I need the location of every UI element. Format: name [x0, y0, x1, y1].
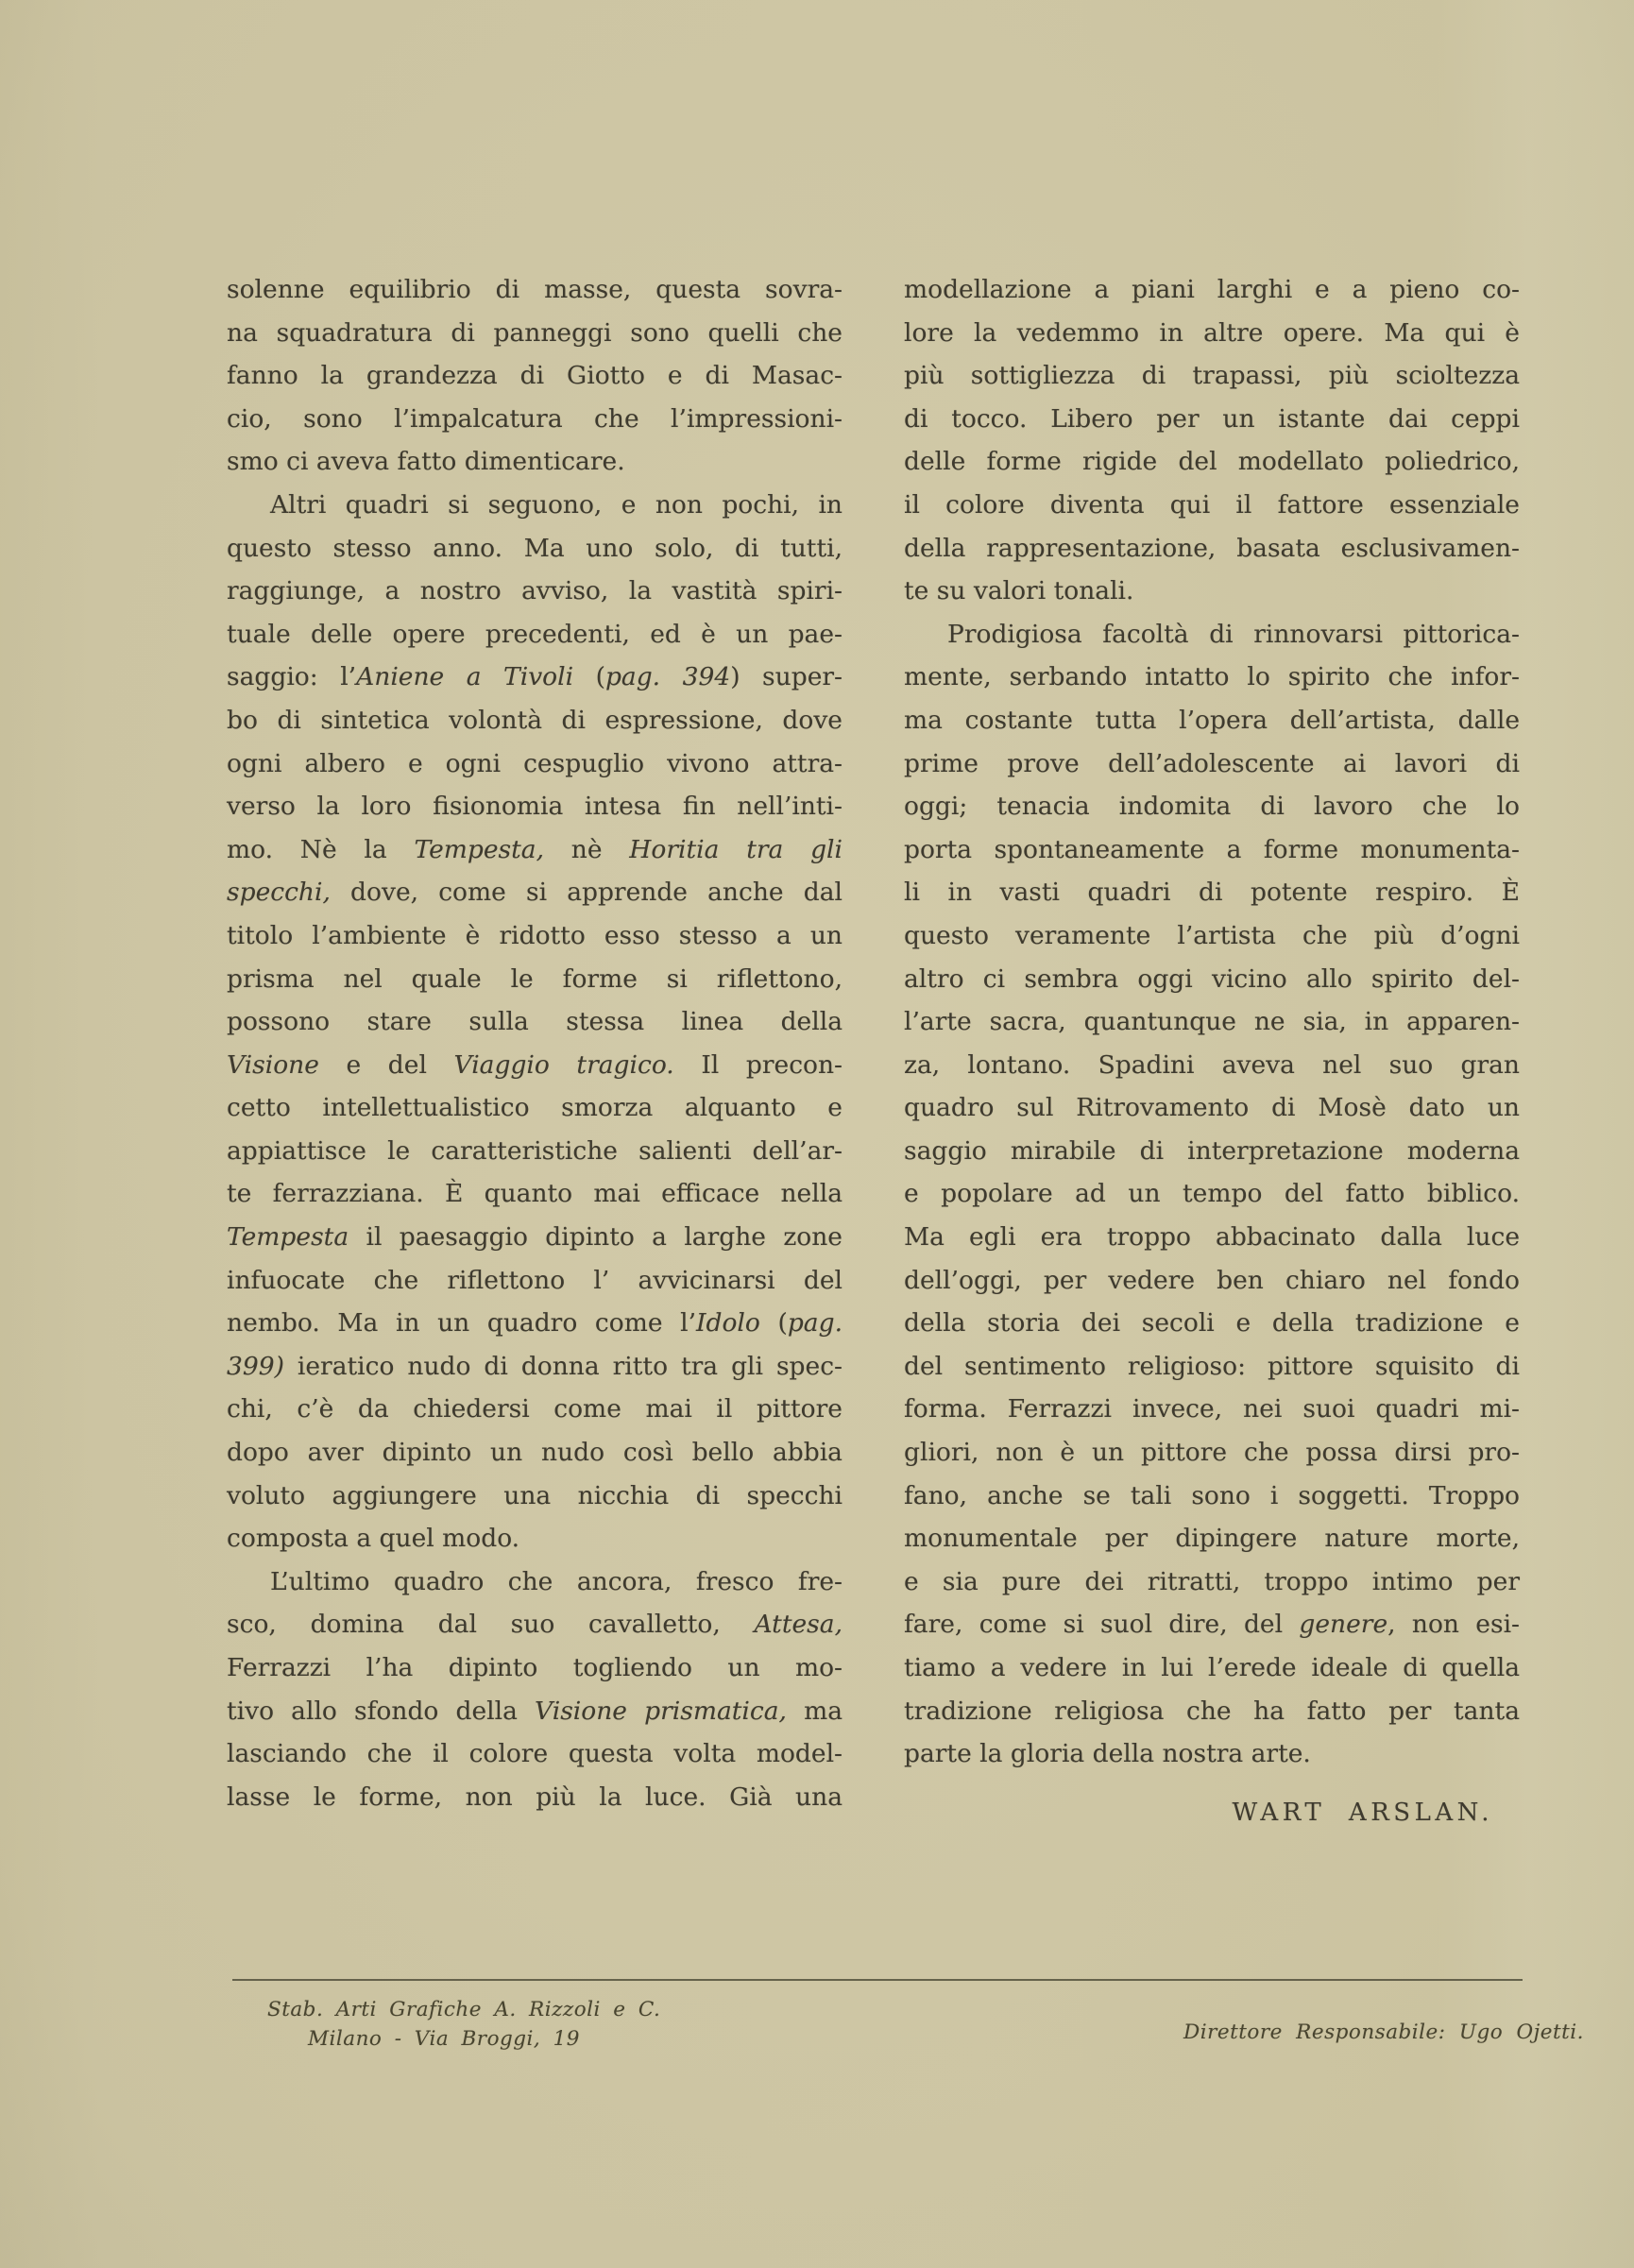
text-run: titolo l’ambiente è ridotto esso stesso …: [227, 921, 843, 950]
text-run: Ma egli era troppo abbacinato dalla luce: [904, 1222, 1520, 1252]
text-line: parte la gloria della nostra arte.: [904, 1732, 1520, 1776]
italic-text-run: specchi,: [227, 878, 331, 907]
text-line: na squadratura di panneggi sono quelli c…: [227, 312, 843, 355]
text-line: lasse le forme, non più la luce. Già una: [227, 1776, 843, 1819]
text-line: appiattisce le caratteristiche salienti …: [227, 1130, 843, 1173]
text-run: te ferrazziana. È quanto mai efficace ne…: [227, 1179, 843, 1208]
text-run: cio, sono l’impalcatura che l’impression…: [227, 404, 843, 434]
text-run: parte la gloria della nostra arte.: [904, 1739, 1311, 1768]
text-run: infuocate che riflettono l’ avvicinarsi …: [227, 1266, 843, 1295]
italic-text-run: Visione: [227, 1050, 319, 1080]
text-line: più sottigliezza di trapassi, più sciolt…: [904, 354, 1520, 398]
text-run: prime prove dell’adolescente ai lavori d…: [904, 749, 1520, 778]
text-line: porta spontaneamente a forme monumenta-: [904, 828, 1520, 872]
text-run: del sentimento religioso: pittore squisi…: [904, 1352, 1520, 1381]
text-line: gliori, non è un pittore che possa dirsi…: [904, 1431, 1520, 1475]
text-line: ma costante tutta l’opera dell’artista, …: [904, 699, 1520, 742]
text-line: possono stare sulla stessa linea della: [227, 1000, 843, 1044]
text-run: saggio: l’: [227, 662, 356, 691]
italic-text-run: pag.: [788, 1308, 843, 1338]
text-run: raggiunge, a nostro avviso, la vastità s…: [227, 576, 843, 605]
text-run: verso la loro fisionomia intesa fin nell…: [227, 792, 843, 821]
text-line: fanno la grandezza di Giotto e di Masac-: [227, 354, 843, 398]
text-line: li in vasti quadri di potente respiro. È: [904, 871, 1520, 914]
text-run: dopo aver dipinto un nudo così bello abb…: [227, 1438, 843, 1467]
text-run: tivo allo sfondo della: [227, 1697, 535, 1726]
text-run: monumentale per dipingere nature morte,: [904, 1524, 1520, 1553]
text-run: della rappresentazione, basata esclusiva…: [904, 534, 1520, 563]
text-run: mente, serbando intatto lo spirito che i…: [904, 662, 1520, 691]
text-line: il colore diventa qui il fattore essenzi…: [904, 484, 1520, 527]
text-line: e popolare ad un tempo del fatto biblico…: [904, 1172, 1520, 1216]
italic-text-run: genere: [1299, 1610, 1387, 1639]
text-line: saggio: l’Aniene a Tivoli (pag. 394) sup…: [227, 656, 843, 699]
italic-text-run: Horitia tra gli: [629, 835, 843, 864]
text-line: Altri quadri si seguono, e non pochi, in: [227, 484, 843, 527]
text-line: delle forme rigide del modellato poliedr…: [904, 440, 1520, 484]
text-line: monumentale per dipingere nature morte,: [904, 1517, 1520, 1560]
text-line: mente, serbando intatto lo spirito che i…: [904, 656, 1520, 699]
text-line: Visione e del Viaggio tragico. Il precon…: [227, 1044, 843, 1087]
text-run: prisma nel quale le forme si riflettono,: [227, 964, 843, 994]
text-line: lasciando che il colore questa volta mod…: [227, 1732, 843, 1776]
footer-rule: [232, 1979, 1523, 1981]
author-signature: WART ARSLAN.: [904, 1792, 1520, 1834]
text-run: za, lontano. Spadini aveva nel suo gran: [904, 1050, 1520, 1080]
text-line: bo di sintetica volontà di espressione, …: [227, 699, 843, 742]
text-line: nembo. Ma in un quadro come l’Idolo (pag…: [227, 1302, 843, 1345]
text-line: e sia pure dei ritratti, troppo intimo p…: [904, 1560, 1520, 1604]
text-line: te su valori tonali.: [904, 570, 1520, 613]
text-line: dell’oggi, per vedere ben chiaro nel fon…: [904, 1259, 1520, 1303]
text-run: e popolare ad un tempo del fatto biblico…: [904, 1179, 1520, 1208]
text-line: tiamo a vedere in lui l’erede ideale di …: [904, 1646, 1520, 1690]
text-run: porta spontaneamente a forme monumenta-: [904, 835, 1520, 864]
text-run: fanno la grandezza di Giotto e di Masac-: [227, 361, 843, 390]
text-line: altro ci sembra oggi vicino allo spirito…: [904, 958, 1520, 1001]
text-line: tradizione religiosa che ha fatto per ta…: [904, 1690, 1520, 1733]
text-run: saggio mirabile di interpretazione moder…: [904, 1136, 1520, 1166]
text-run: composta a quel modo.: [227, 1524, 519, 1553]
text-run: il colore diventa qui il fattore essenzi…: [904, 490, 1520, 520]
text-line: te ferrazziana. È quanto mai efficace ne…: [227, 1172, 843, 1216]
text-run: e sia pure dei ritratti, troppo intimo p…: [904, 1567, 1520, 1596]
text-run: ogni albero e ogni cespuglio vivono attr…: [227, 749, 843, 778]
article-column-left: solenne equilibrio di masse, questa sovr…: [227, 268, 843, 1818]
text-run: modellazione a piani larghi e a pieno co…: [904, 275, 1520, 304]
printer-name: Stab. Arti Grafiche A. Rizzoli e C.: [267, 1995, 660, 2024]
text-line: za, lontano. Spadini aveva nel suo gran: [904, 1044, 1520, 1087]
footer-printer-credit: Stab. Arti Grafiche A. Rizzoli e C. Mila…: [267, 1995, 660, 2054]
italic-text-run: Idolo: [696, 1308, 760, 1338]
text-run: tiamo a vedere in lui l’erede ideale di …: [904, 1653, 1520, 1682]
text-run: fare, come si suol dire, del: [904, 1610, 1299, 1639]
text-run: questo veramente l’artista che più d’ogn…: [904, 921, 1520, 950]
text-line: solenne equilibrio di masse, questa sovr…: [227, 268, 843, 312]
text-run: altro ci sembra oggi vicino allo spirito…: [904, 964, 1520, 994]
text-line: sco, domina dal suo cavalletto, Attesa,: [227, 1603, 843, 1646]
text-run: Ferrazzi l’ha dipinto togliendo un mo-: [227, 1653, 843, 1682]
text-run: (: [760, 1308, 788, 1338]
text-run: l’arte sacra, quantunque ne sia, in appa…: [904, 1007, 1520, 1036]
text-line: cetto intellettualistico smorza alquanto…: [227, 1086, 843, 1130]
text-line: smo ci aveva fatto dimenticare.: [227, 440, 843, 484]
text-run: mo. Nè la: [227, 835, 414, 864]
text-run: lasciando che il colore questa volta mod…: [227, 1739, 843, 1768]
text-line: della rappresentazione, basata esclusiva…: [904, 527, 1520, 571]
text-run: tradizione religiosa che ha fatto per ta…: [904, 1697, 1520, 1726]
text-run: della storia dei secoli e della tradizio…: [904, 1308, 1520, 1338]
text-line: Ferrazzi l’ha dipinto togliendo un mo-: [227, 1646, 843, 1690]
text-line: tivo allo sfondo della Visione prismatic…: [227, 1690, 843, 1733]
text-line: Tempesta il paesaggio dipinto a larghe z…: [227, 1216, 843, 1259]
text-line: composta a quel modo.: [227, 1517, 843, 1560]
text-run: di tocco. Libero per un istante dai cepp…: [904, 404, 1520, 434]
text-line: mo. Nè la Tempesta, nè Horitia tra gli: [227, 828, 843, 872]
text-run: questo stesso anno. Ma uno solo, di tutt…: [227, 534, 843, 563]
text-line: Prodigiosa facoltà di rinnovarsi pittori…: [904, 613, 1520, 657]
italic-text-run: pag. 394: [605, 662, 730, 691]
text-run: te su valori tonali.: [904, 576, 1133, 605]
text-line: lore la vedemmo in altre opere. Ma qui è: [904, 312, 1520, 355]
text-line: saggio mirabile di interpretazione moder…: [904, 1130, 1520, 1173]
text-run: tuale delle opere precedenti, ed è un pa…: [227, 620, 843, 649]
printer-address: Milano - Via Broggi, 19: [267, 2024, 660, 2054]
text-run: li in vasti quadri di potente respiro. È: [904, 878, 1520, 907]
text-run: chi, c’è da chiedersi come mai il pittor…: [227, 1394, 843, 1424]
italic-text-run: Aniene a Tivoli: [356, 662, 573, 691]
text-line: raggiunge, a nostro avviso, la vastità s…: [227, 570, 843, 613]
text-run: dell’oggi, per vedere ben chiaro nel fon…: [904, 1266, 1520, 1295]
text-line: voluto aggiungere una nicchia di specchi: [227, 1475, 843, 1518]
text-line: tuale delle opere precedenti, ed è un pa…: [227, 613, 843, 657]
text-run: , non esi-: [1387, 1610, 1520, 1639]
article-column-right: modellazione a piani larghi e a pieno co…: [904, 268, 1520, 1834]
text-run: voluto aggiungere una nicchia di specchi: [227, 1481, 843, 1510]
text-line: L’ultimo quadro che ancora, fresco fre-: [227, 1560, 843, 1604]
text-run: Il precon-: [674, 1050, 843, 1080]
italic-text-run: 399): [227, 1352, 284, 1381]
text-line: specchi, dove, come si apprende anche da…: [227, 871, 843, 914]
text-line: chi, c’è da chiedersi come mai il pittor…: [227, 1388, 843, 1431]
text-run: forma. Ferrazzi invece, nei suoi quadri …: [904, 1394, 1520, 1424]
italic-text-run: Tempesta: [227, 1222, 349, 1252]
text-line: ogni albero e ogni cespuglio vivono attr…: [227, 742, 843, 786]
text-line: questo veramente l’artista che più d’ogn…: [904, 914, 1520, 958]
text-run: ma costante tutta l’opera dell’artista, …: [904, 706, 1520, 735]
text-run: quadro sul Ritrovamento di Mosè dato un: [904, 1093, 1520, 1122]
text-run: lore la vedemmo in altre opere. Ma qui è: [904, 318, 1520, 348]
text-run: più sottigliezza di trapassi, più sciolt…: [904, 361, 1520, 390]
text-line: l’arte sacra, quantunque ne sia, in appa…: [904, 1000, 1520, 1044]
text-line: 399) ieratico nudo di donna ritto tra gl…: [227, 1345, 843, 1389]
text-line: titolo l’ambiente è ridotto esso stesso …: [227, 914, 843, 958]
text-line: verso la loro fisionomia intesa fin nell…: [227, 785, 843, 828]
text-line: prime prove dell’adolescente ai lavori d…: [904, 742, 1520, 786]
text-line: della storia dei secoli e della tradizio…: [904, 1302, 1520, 1345]
text-run: Altri quadri si seguono, e non pochi, in: [270, 490, 843, 520]
text-run: solenne equilibrio di masse, questa sovr…: [227, 275, 843, 304]
text-run: il paesaggio dipinto a larghe zone: [349, 1222, 843, 1252]
text-line: Ma egli era troppo abbacinato dalla luce: [904, 1216, 1520, 1259]
footer-director-credit: Direttore Responsabile: Ugo Ojetti.: [1183, 2021, 1584, 2044]
text-run: appiattisce le caratteristiche salienti …: [227, 1136, 843, 1166]
text-line: di tocco. Libero per un istante dai cepp…: [904, 398, 1520, 441]
text-line: forma. Ferrazzi invece, nei suoi quadri …: [904, 1388, 1520, 1431]
text-run: nè: [544, 835, 629, 864]
text-run: sco, domina dal suo cavalletto,: [227, 1610, 755, 1639]
text-run: delle forme rigide del modellato poliedr…: [904, 447, 1520, 476]
text-line: infuocate che riflettono l’ avvicinarsi …: [227, 1259, 843, 1303]
text-line: questo stesso anno. Ma uno solo, di tutt…: [227, 527, 843, 571]
text-line: fare, come si suol dire, del genere, non…: [904, 1603, 1520, 1646]
text-line: quadro sul Ritrovamento di Mosè dato un: [904, 1086, 1520, 1130]
text-run: fano, anche se tali sono i soggetti. Tro…: [904, 1481, 1520, 1510]
text-run: na squadratura di panneggi sono quelli c…: [227, 318, 843, 348]
text-run: ieratico nudo di donna ritto tra gli spe…: [284, 1352, 843, 1381]
text-run: nembo. Ma in un quadro come l’: [227, 1308, 696, 1338]
text-line: dopo aver dipinto un nudo così bello abb…: [227, 1431, 843, 1475]
text-run: ma: [787, 1697, 843, 1726]
text-line: modellazione a piani larghi e a pieno co…: [904, 268, 1520, 312]
text-line: del sentimento religioso: pittore squisi…: [904, 1345, 1520, 1389]
italic-text-run: Visione prismatica,: [535, 1697, 787, 1726]
text-run: Prodigiosa facoltà di rinnovarsi pittori…: [947, 620, 1520, 649]
text-run: smo ci aveva fatto dimenticare.: [227, 447, 625, 476]
text-line: cio, sono l’impalcatura che l’impression…: [227, 398, 843, 441]
text-line: prisma nel quale le forme si riflettono,: [227, 958, 843, 1001]
text-run: L’ultimo quadro che ancora, fresco fre-: [270, 1567, 843, 1596]
text-run: bo di sintetica volontà di espressione, …: [227, 706, 843, 735]
text-run: gliori, non è un pittore che possa dirsi…: [904, 1438, 1520, 1467]
text-run: dove, come si apprende anche dal: [331, 878, 843, 907]
text-run: ) super-: [730, 662, 843, 691]
text-line: oggi; tenacia indomita di lavoro che lo: [904, 785, 1520, 828]
text-run: oggi; tenacia indomita di lavoro che lo: [904, 792, 1520, 821]
text-run: lasse le forme, non più la luce. Già una: [227, 1782, 843, 1812]
text-run: possono stare sulla stessa linea della: [227, 1007, 843, 1036]
text-line: fano, anche se tali sono i soggetti. Tro…: [904, 1475, 1520, 1518]
italic-text-run: Attesa,: [755, 1610, 843, 1639]
text-run: (: [573, 662, 605, 691]
text-run: e del: [319, 1050, 454, 1080]
italic-text-run: Viaggio tragico.: [454, 1050, 674, 1080]
italic-text-run: Tempesta,: [414, 835, 544, 864]
text-run: cetto intellettualistico smorza alquanto…: [227, 1093, 843, 1122]
